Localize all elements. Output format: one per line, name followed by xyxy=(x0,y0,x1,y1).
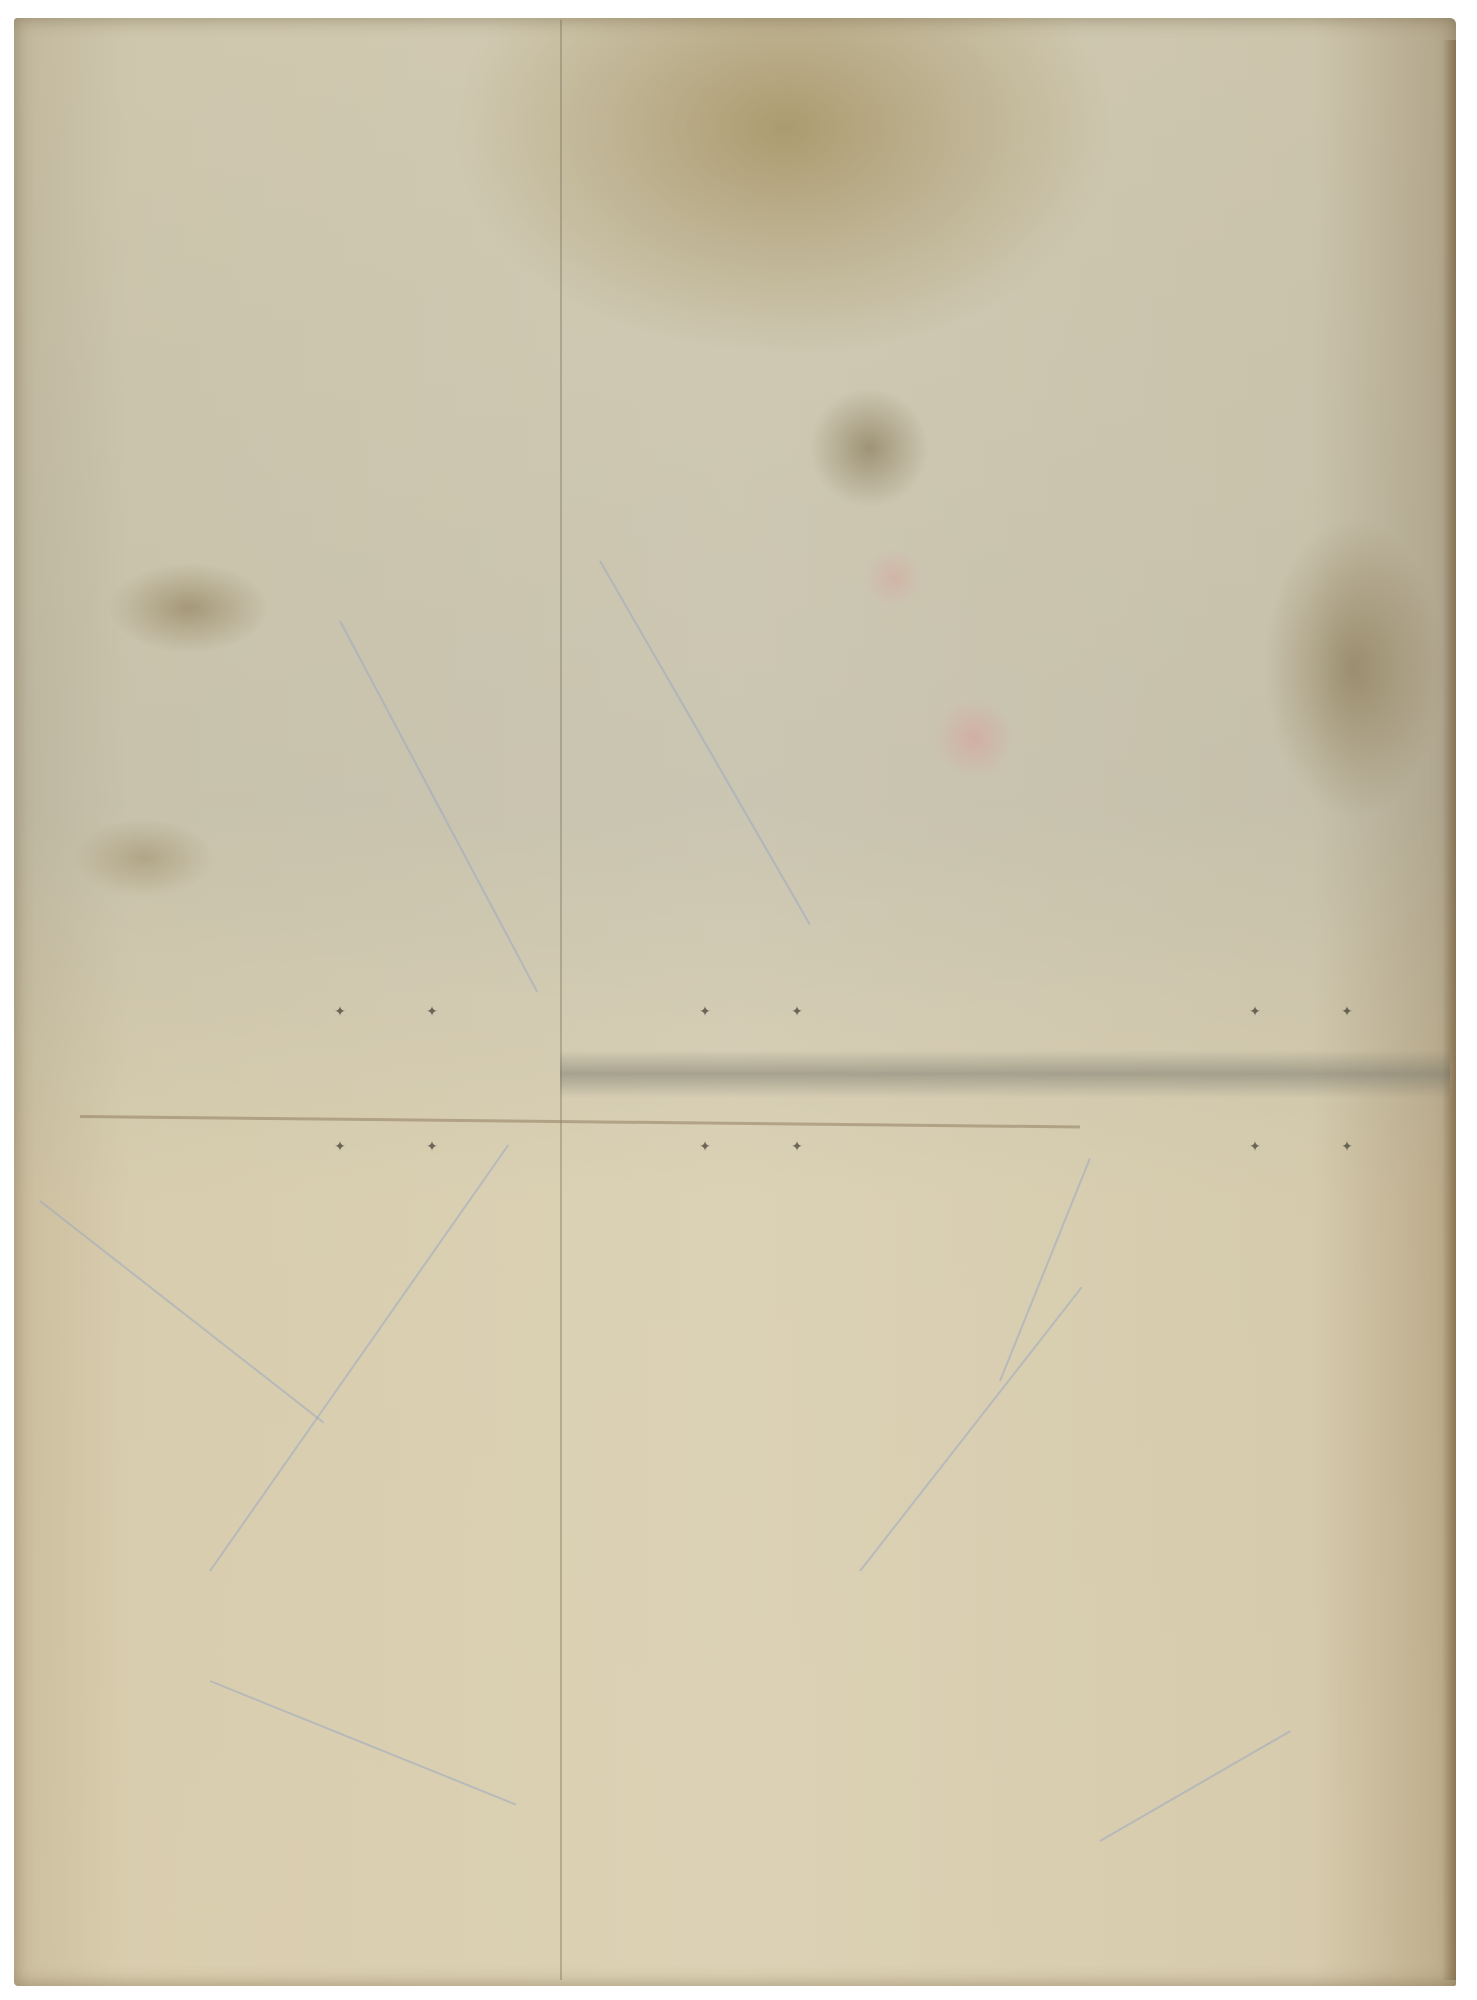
registration-mark: ✦ xyxy=(698,1140,712,1154)
paper-right-edge xyxy=(1442,40,1456,1980)
registration-mark: ✦ xyxy=(790,1005,804,1019)
registration-mark: ✦ xyxy=(698,1005,712,1019)
registration-mark: ✦ xyxy=(1248,1005,1262,1019)
registration-mark: ✦ xyxy=(333,1005,347,1019)
aged-paper-sheet xyxy=(14,18,1456,1986)
registration-mark: ✦ xyxy=(425,1005,439,1019)
registration-mark: ✦ xyxy=(425,1140,439,1154)
registration-mark: ✦ xyxy=(1340,1005,1354,1019)
horizontal-fold xyxy=(560,1050,1450,1098)
registration-mark: ✦ xyxy=(333,1140,347,1154)
registration-mark: ✦ xyxy=(790,1140,804,1154)
registration-mark: ✦ xyxy=(1340,1140,1354,1154)
vertical-fold xyxy=(560,20,562,1980)
registration-mark: ✦ xyxy=(1248,1140,1262,1154)
